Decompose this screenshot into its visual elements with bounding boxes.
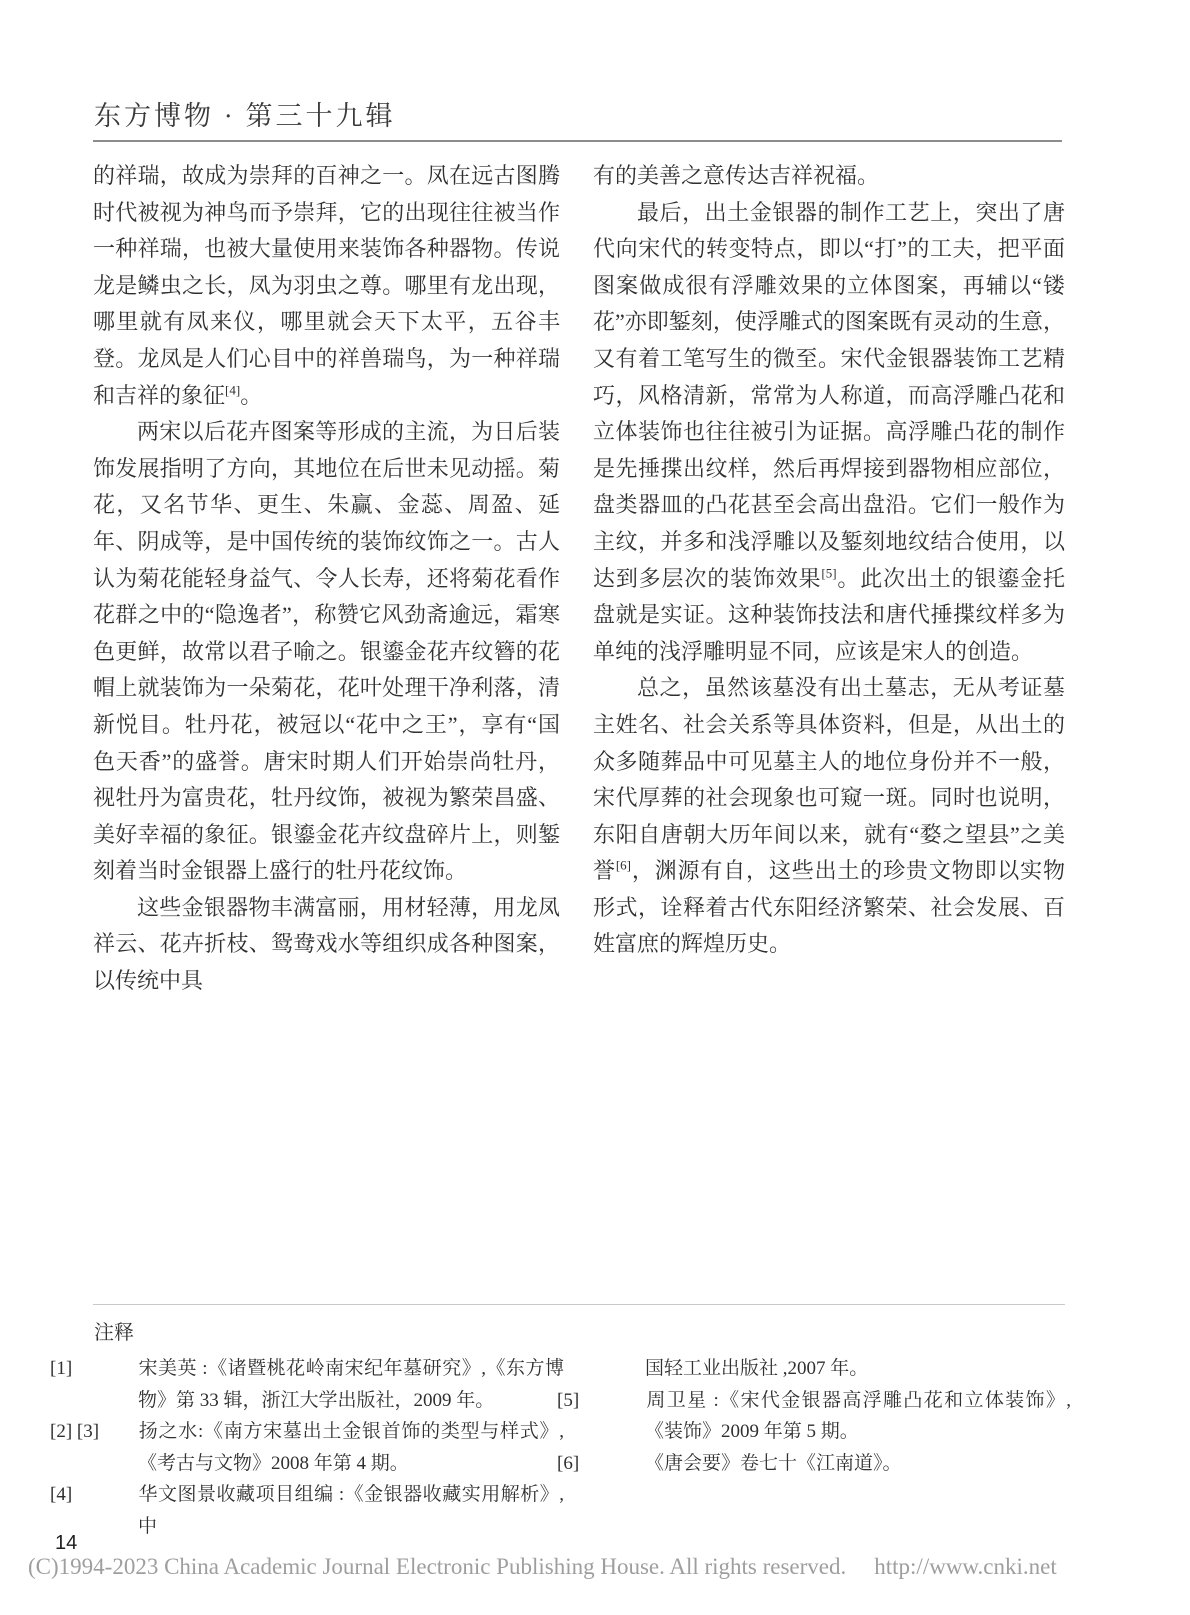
note-item: [6]《唐会要》卷七十《江南道》。 xyxy=(601,1448,1071,1480)
note-label: [6] xyxy=(601,1448,643,1480)
copyright-text: (C)1994-2023 China Academic Journal Elec… xyxy=(28,1554,846,1579)
notes-heading: 注释 xyxy=(94,1318,134,1348)
note-item: 国轻工业出版社 ,2007 年。 xyxy=(601,1353,1071,1385)
article-column-left: 的祥瑞，故成为崇拜的百神之一。凤在远古图腾时代被视为神鸟而予崇拜，它的出现往往被… xyxy=(93,158,560,1000)
notes-column-right: 国轻工业出版社 ,2007 年。[5]周卫星 :《宋代金银器高浮雕凸花和立体装饰… xyxy=(601,1353,1071,1479)
notes-rule xyxy=(93,1304,1065,1305)
notes-column-left: [1]宋美英 :《诸暨桃花岭南宋纪年墓研究》,《东方博物》第 33 辑，浙江大学… xyxy=(94,1353,564,1542)
note-label: [5] xyxy=(601,1385,643,1417)
journal-title: 东方博物 · 第三十九辑 xyxy=(94,99,396,133)
note-label: [1] xyxy=(94,1353,136,1385)
note-item: [5]周卫星 :《宋代金银器高浮雕凸花和立体装饰》,《装饰》2009 年第 5 … xyxy=(601,1385,1071,1448)
article-paragraph: 两宋以后花卉图案等形成的主流，为日后装饰发展指明了方向，其地位在后世未见动摇。菊… xyxy=(93,414,560,890)
footnote-ref: [6] xyxy=(616,858,631,873)
note-item: [4]华文图景收藏项目组编 :《金银器收藏实用解析》, 中 xyxy=(94,1479,564,1542)
article-paragraph: 有的美善之意传达吉祥祝福。 xyxy=(593,158,1065,195)
page-number: 14 xyxy=(55,1532,77,1555)
note-item: [1]宋美英 :《诸暨桃花岭南宋纪年墓研究》,《东方博物》第 33 辑，浙江大学… xyxy=(94,1353,564,1416)
note-label: [4] xyxy=(94,1479,136,1511)
note-label: [2] [3] xyxy=(94,1416,136,1448)
article-column-right: 有的美善之意传达吉祥祝福。最后，出土金银器的制作工艺上，突出了唐代向宋代的转变特… xyxy=(593,158,1065,963)
footnote-ref: [4] xyxy=(225,382,240,397)
article-paragraph: 这些金银器物丰满富丽，用材轻薄，用龙凤祥云、花卉折枝、鸳鸯戏水等组织成各种图案，… xyxy=(93,890,560,1000)
note-item: [2] [3]扬之水:《南方宋墓出土金银首饰的类型与样式》,《考古与文物》200… xyxy=(94,1416,564,1479)
header-rule xyxy=(93,140,1062,142)
footer: (C)1994-2023 China Academic Journal Elec… xyxy=(28,1554,1168,1580)
article-paragraph: 最后，出土金银器的制作工艺上，突出了唐代向宋代的转变特点，即以“打”的工夫，把平… xyxy=(593,195,1065,671)
footnote-ref: [5] xyxy=(821,565,836,580)
footer-url: http://www.cnki.net xyxy=(874,1554,1056,1579)
article-paragraph: 总之，虽然该墓没有出土墓志，无从考证墓主姓名、社会关系等具体资料，但是，从出土的… xyxy=(593,670,1065,963)
article-paragraph: 的祥瑞，故成为崇拜的百神之一。凤在远古图腾时代被视为神鸟而予崇拜，它的出现往往被… xyxy=(93,158,560,414)
